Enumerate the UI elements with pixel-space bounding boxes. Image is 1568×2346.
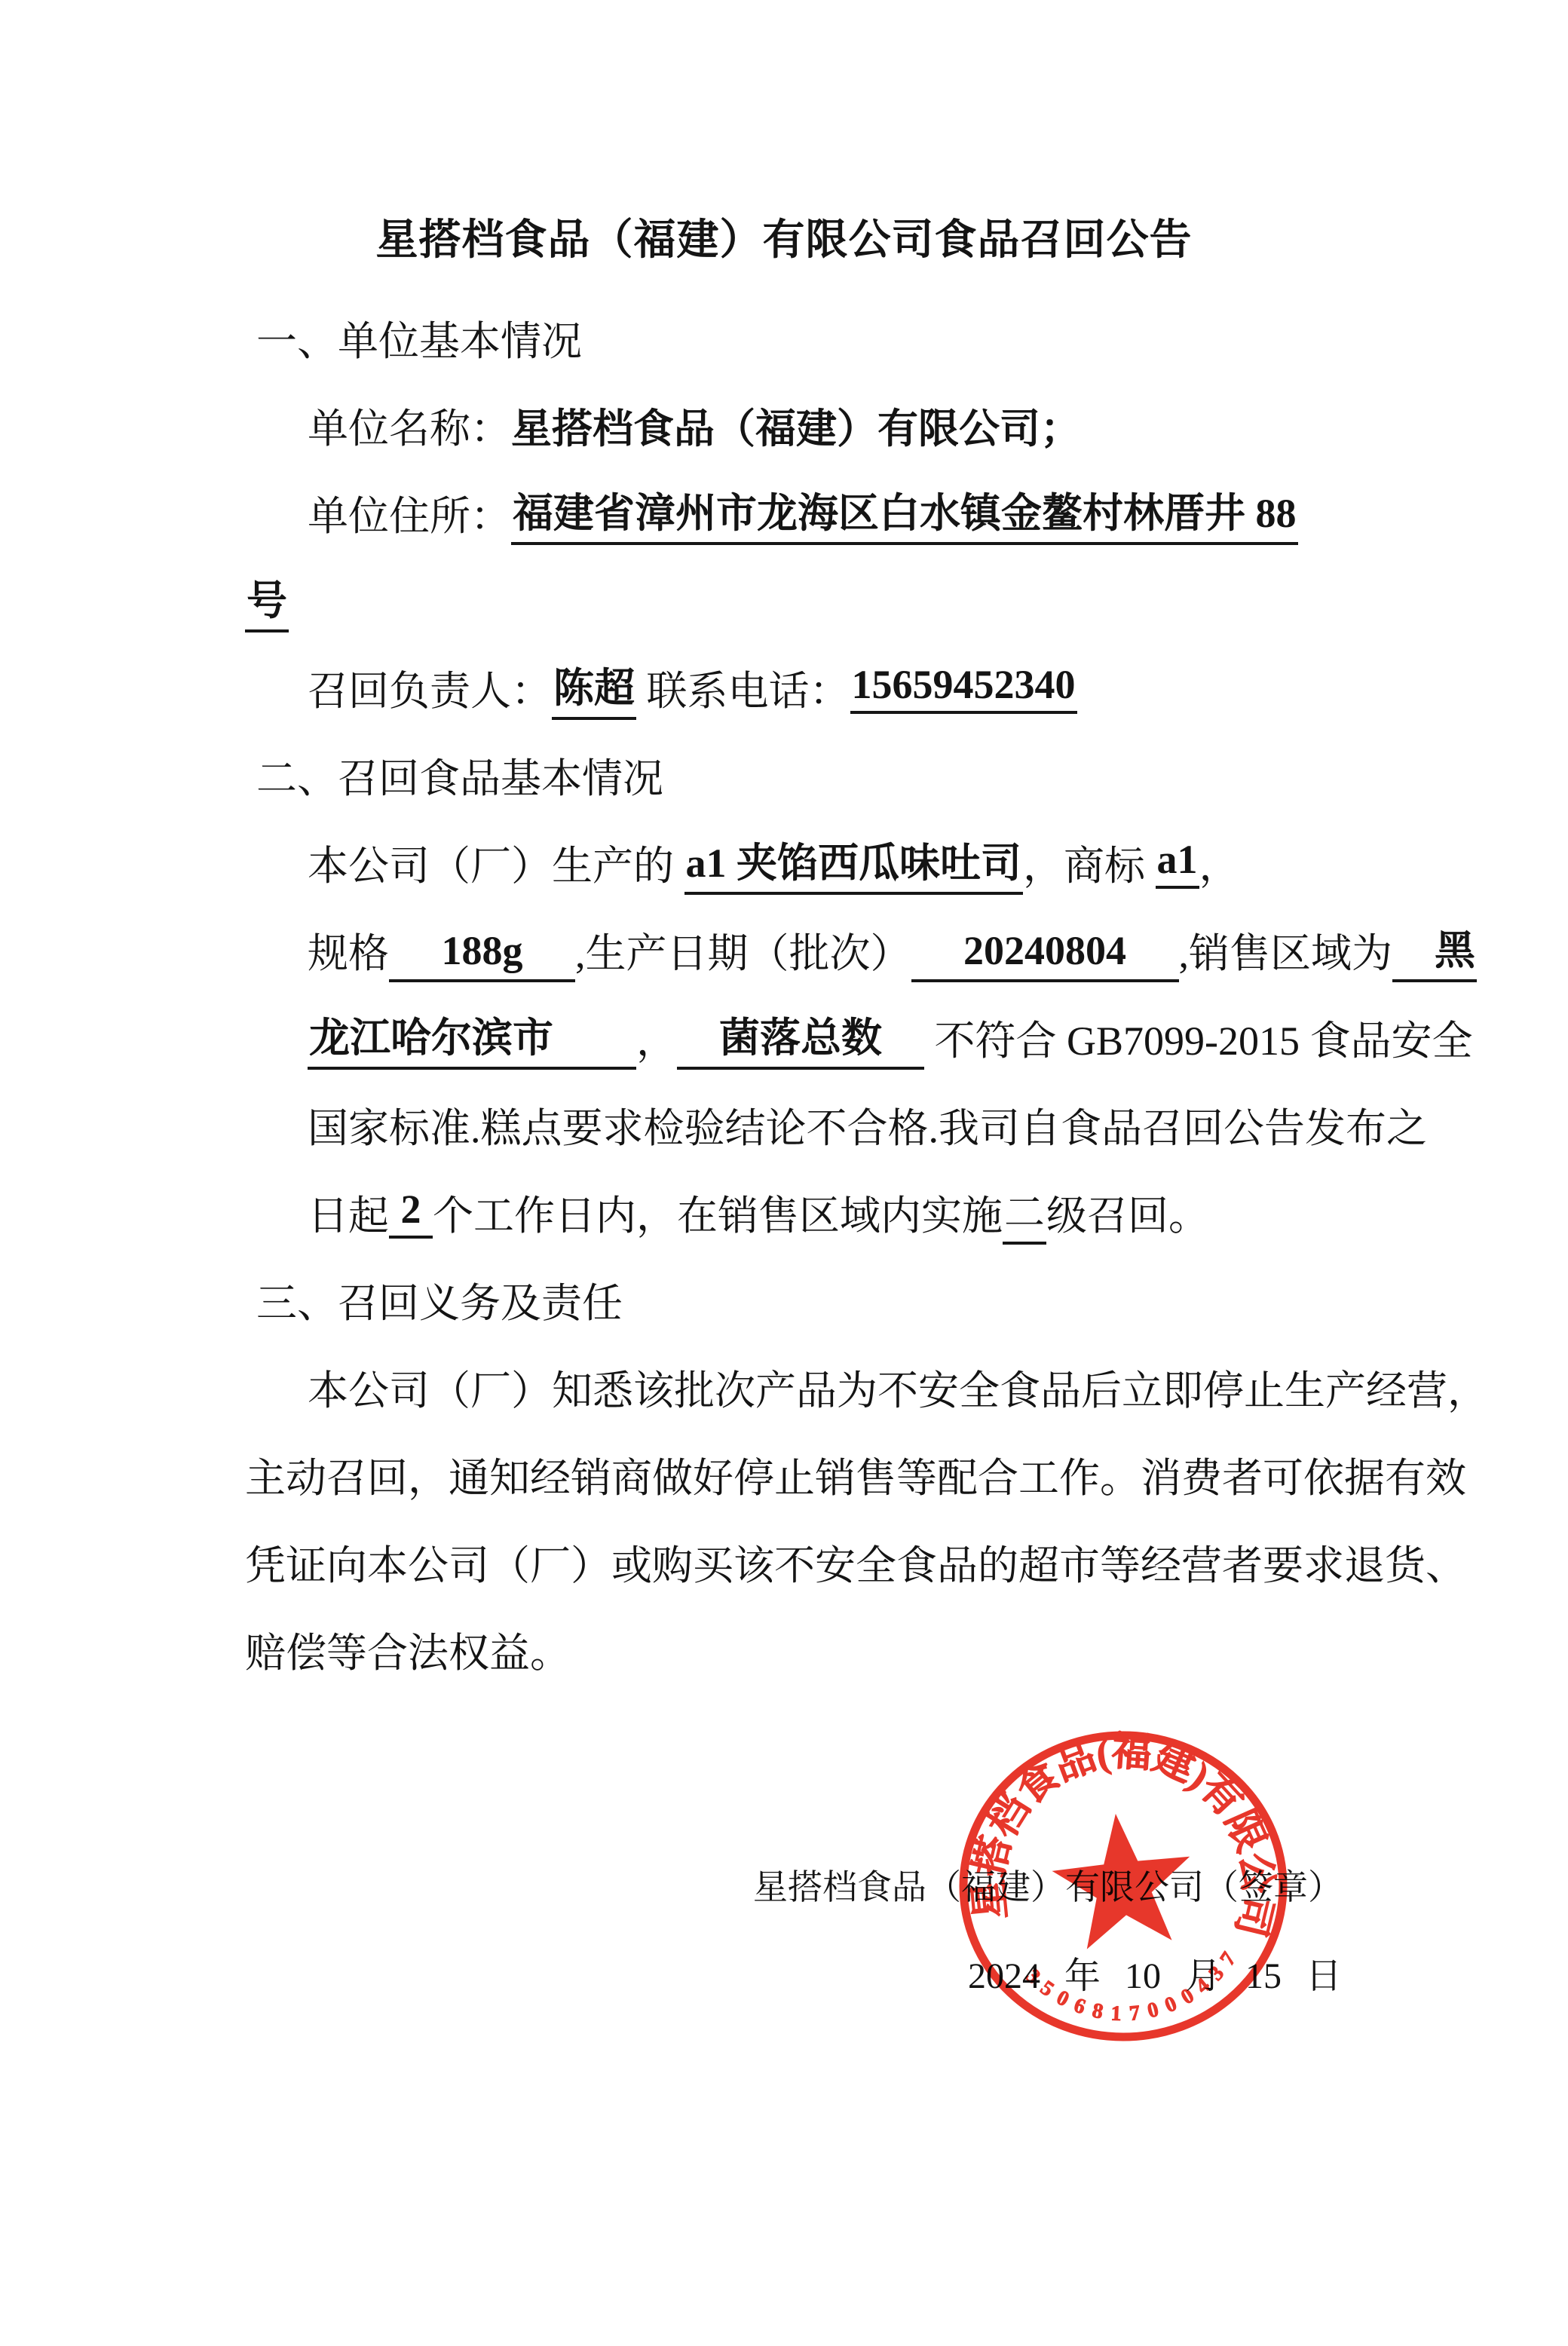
text-line: 一、单位基本情况 xyxy=(0,294,1568,381)
filled-value: 福建省漳州市龙海区白水镇金鳌村林厝井 88 xyxy=(511,481,1298,545)
text-line: 主动召回，通知经销商做好停止销售等配合工作。消费者可依据有效 xyxy=(0,1431,1568,1518)
date-line: 2024 年 10 月 15 日 xyxy=(0,1928,1568,2016)
text-line: 龙江哈尔滨市 ， 菌落总数 不符合 GB7099-2015 食品安全 xyxy=(0,994,1568,1081)
static-text: 规格 xyxy=(308,921,389,979)
static-text: 国家标准.糕点要求检验结论不合格.我司自食品召回公告发布之 xyxy=(308,1096,1427,1154)
text-line: 三、召回义务及责任 xyxy=(0,1256,1568,1343)
text-line: 单位住所：福建省漳州市龙海区白水镇金鳌村林厝井 88 xyxy=(0,469,1568,556)
static-text: 单位名称： xyxy=(308,397,511,455)
filled-value: 188g xyxy=(389,918,575,982)
filled-value: 2 xyxy=(389,1186,433,1239)
filled-value: 菌落总数 xyxy=(677,1006,924,1070)
filled-value: a1 夹馅西瓜味吐司 xyxy=(684,831,1024,895)
static-text: 不符合 GB7099-2015 食品安全 xyxy=(924,1009,1473,1067)
document-lines: 一、单位基本情况单位名称：星搭档食品（福建）有限公司；单位住所：福建省漳州市龙海… xyxy=(0,294,1568,1693)
static-text: 二、召回食品基本情况 xyxy=(256,746,663,804)
filled-value: 15659452340 xyxy=(850,661,1077,714)
text-line: 召回负责人：陈超 联系电话：15659452340 xyxy=(0,644,1568,731)
static-text: ， xyxy=(636,1009,677,1067)
filled-value: 陈超 xyxy=(552,656,636,720)
filled-value: a1 xyxy=(1156,836,1199,889)
text-line: 规格 188g ,生产日期（批次） 20240804 ,销售区域为 黑 xyxy=(0,906,1568,994)
text-line: 凭证向本公司（厂）或购买该不安全食品的超市等经营者要求退货、 xyxy=(0,1518,1568,1606)
text-line: 本公司（厂）生产的 a1 夹馅西瓜味吐司，商标 a1， xyxy=(0,819,1568,906)
static-text: 日起 xyxy=(308,1184,389,1242)
static-text: 凭证向本公司（厂）或购买该不安全食品的超市等经营者要求退货、 xyxy=(245,1533,1466,1591)
filled-value: 号 xyxy=(245,568,289,632)
static-text: 个工作日内，在销售区域内实施 xyxy=(433,1184,1003,1242)
static-text: 联系电话： xyxy=(636,659,850,717)
filled-value: 20240804 xyxy=(911,918,1179,982)
text-line: 单位名称：星搭档食品（福建）有限公司； xyxy=(0,381,1568,469)
static-text: 一、单位基本情况 xyxy=(256,309,582,367)
static-text: 本公司（厂）知悉该批次产品为不安全食品后立即停止生产经营， xyxy=(308,1358,1488,1416)
text-line: 国家标准.糕点要求检验结论不合格.我司自食品召回公告发布之 xyxy=(0,1081,1568,1168)
static-text: ,销售区域为 xyxy=(1179,921,1393,979)
static-text: 三、召回义务及责任 xyxy=(256,1271,623,1329)
filled-value: 黑 xyxy=(1392,918,1477,982)
text-line: 日起 2 个工作日内，在销售区域内实施二级召回。 xyxy=(0,1168,1568,1256)
document-body: 星搭档食品（福建）有限公司食品召回公告 一、单位基本情况单位名称：星搭档食品（福… xyxy=(0,179,1568,2016)
text-line: 本公司（厂）知悉该批次产品为不安全食品后立即停止生产经营， xyxy=(0,1343,1568,1431)
static-text: ,生产日期（批次） xyxy=(575,921,911,979)
page-title: 星搭档食品（福建）有限公司食品召回公告 xyxy=(0,179,1568,294)
filled-value: 龙江哈尔滨市 xyxy=(308,1006,636,1070)
filled-value: 二 xyxy=(1003,1181,1046,1245)
static-text: 主动召回，通知经销商做好停止销售等配合工作。消费者可依据有效 xyxy=(245,1446,1466,1504)
static-text: ，商标 xyxy=(1023,834,1156,892)
recall-announcement-page: 星搭档食品（福建）有限公司食品召回公告 一、单位基本情况单位名称：星搭档食品（福… xyxy=(0,0,1568,2346)
static-text: 级召回。 xyxy=(1046,1184,1209,1242)
text-line: 号 xyxy=(0,556,1568,644)
signature-line: 星搭档食品（福建）有限公司（签章） xyxy=(0,1841,1568,1928)
static-text: 星搭档食品（福建）有限公司； xyxy=(511,397,1081,455)
static-text: 召回负责人： xyxy=(308,659,552,717)
text-line: 二、召回食品基本情况 xyxy=(0,731,1568,819)
static-text: ， xyxy=(1199,834,1240,892)
text-line: 赔偿等合法权益。 xyxy=(0,1606,1568,1693)
static-text: 赔偿等合法权益。 xyxy=(245,1621,571,1679)
static-text: 本公司（厂）生产的 xyxy=(308,834,684,892)
static-text: 单位住所： xyxy=(308,484,511,542)
